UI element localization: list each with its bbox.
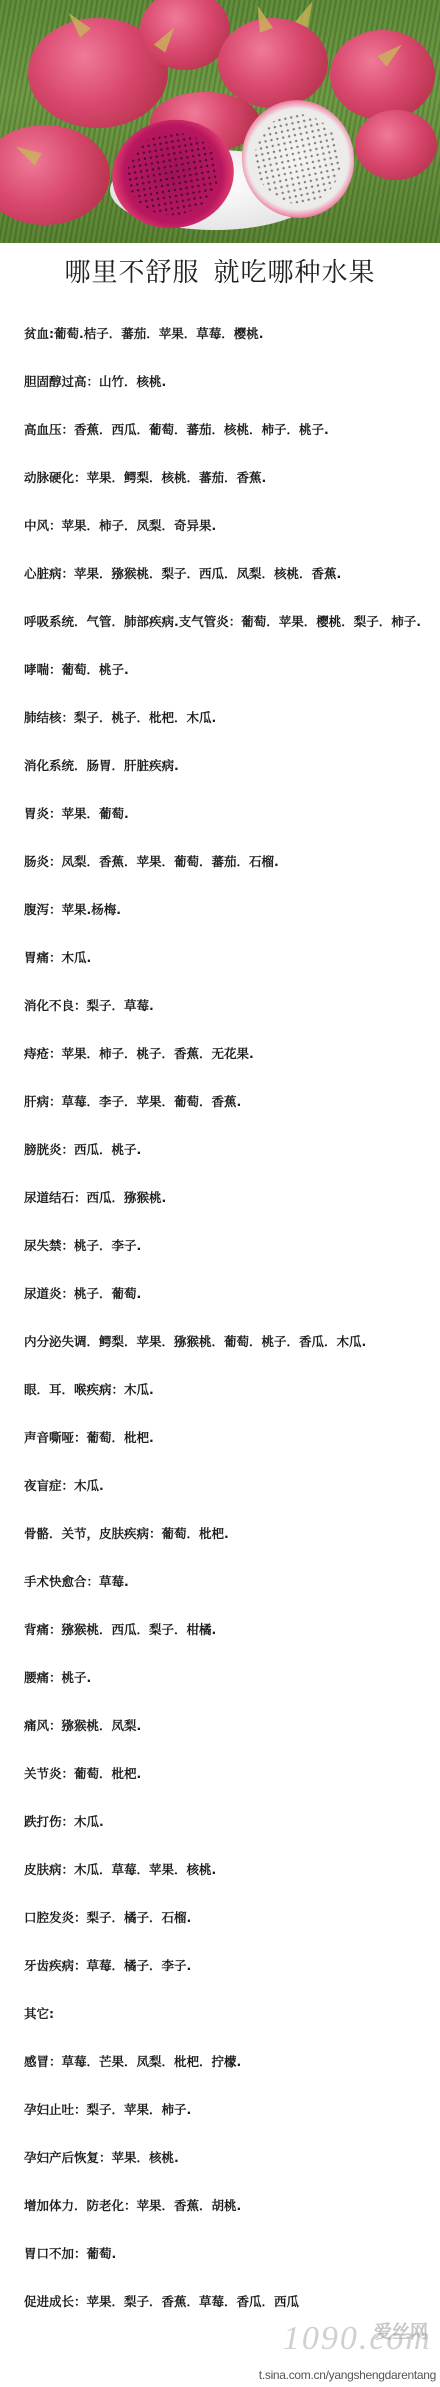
list-item: 关节炎：葡萄．枇杷. <box>24 1762 424 1786</box>
list-item: 痔疮：苹果．柿子．桃子．香蕉．无花果. <box>24 1042 424 1066</box>
list-item: 心脏病：苹果．猕猴桃．梨子．西瓜．凤梨．核桃．香蕉. <box>24 562 424 586</box>
list-item: 肠炎：凤梨．香蕉．苹果．葡萄．蕃茄．石榴. <box>24 850 424 874</box>
dragon-fruit <box>218 18 328 108</box>
list-item: 膀胱炎：西瓜．桃子. <box>24 1138 424 1162</box>
list-item: 痛风：猕猴桃．凤梨. <box>24 1714 424 1738</box>
list-item: 皮肤病：木瓜．草莓．苹果．核桃. <box>24 1858 424 1882</box>
title-part-2: 就吃哪种水果 <box>214 258 376 288</box>
list-item: 夜盲症：木瓜. <box>24 1474 424 1498</box>
watermark-brand: 爱丝网 <box>374 2318 428 2344</box>
list-item: 跌打伤：木瓜. <box>24 1810 424 1834</box>
list-item: 口腔发炎：梨子．橘子．石榴. <box>24 1906 424 1930</box>
list-item: 背痛：猕猴桃．西瓜．梨子．柑橘. <box>24 1618 424 1642</box>
list-item: 肝病：草莓．李子．苹果．葡萄．香蕉. <box>24 1090 424 1114</box>
list-item: 声音嘶哑：葡萄．枇杷. <box>24 1426 424 1450</box>
list-item: 肺结核：梨子．桃子．枇杷．木瓜. <box>24 706 424 730</box>
list-item: 尿道结石：西瓜．猕猴桃. <box>24 1186 424 1210</box>
list-item: 眼．耳．喉疾病：木瓜. <box>24 1378 424 1402</box>
list-item: 呼吸系统．气管．肺部疾病.支气管炎：葡萄．苹果．樱桃．梨子．柿子. <box>24 610 424 634</box>
list-item: 尿道炎：桃子．葡萄. <box>24 1282 424 1306</box>
list-item: 增加体力．防老化：苹果．香蕉．胡桃. <box>24 2194 424 2218</box>
remedy-list: 贫血:葡萄.桔子．蕃茄．苹果．草莓．樱桃. 胆固醇过高：山竹．核桃. 高血压：香… <box>24 322 424 2338</box>
page-title: 哪里不舒服就吃哪种水果 <box>0 252 440 289</box>
list-item: 消化不良：梨子．草莓. <box>24 994 424 1018</box>
dragon-fruit <box>330 30 435 120</box>
list-item: 感冒：草莓．芒果．凤梨．枇杷．拧檬. <box>24 2050 424 2074</box>
dragon-fruit-photo <box>0 0 440 243</box>
list-item: 中风：苹果．柿子．凤梨．奇异果. <box>24 514 424 538</box>
list-item: 牙齿疾病：草莓．橘子．李子. <box>24 1954 424 1978</box>
section-heading-other: 其它: <box>24 2002 424 2026</box>
list-item: 内分泌失调．鳄梨．苹果．猕猴桃．葡萄．桃子．香瓜．木瓜. <box>24 1330 424 1354</box>
list-item: 胃痛：木瓜. <box>24 946 424 970</box>
list-item: 手术快愈合：草莓. <box>24 1570 424 1594</box>
list-item: 尿失禁：桃子．李子. <box>24 1234 424 1258</box>
list-item: 骨骼．关节，皮肤疾病：葡萄．枇杷. <box>24 1522 424 1546</box>
list-item: 胃口不加：葡萄. <box>24 2242 424 2266</box>
list-item: 腰痛：桃子. <box>24 1666 424 1690</box>
list-item: 高血压：香蕉．西瓜．葡萄．蕃茄．核桃．柿子．桃子. <box>24 418 424 442</box>
watermark-url: t.sina.com.cn/yangshengdarentang <box>259 2368 436 2382</box>
list-item: 腹泻：苹果.杨梅. <box>24 898 424 922</box>
dragon-fruit <box>355 110 437 180</box>
list-item: 孕妇止吐：梨子．苹果．柿子. <box>24 2098 424 2122</box>
list-item: 胆固醇过高：山竹．核桃. <box>24 370 424 394</box>
list-item: 孕妇产后恢复：苹果．核桃. <box>24 2146 424 2170</box>
list-item: 哮喘：葡萄．桃子. <box>24 658 424 682</box>
list-item: 促进成长：苹果．梨子．香蕉．草莓．香瓜．西瓜 <box>24 2290 424 2314</box>
title-part-1: 哪里不舒服 <box>64 258 199 288</box>
list-item: 消化系统．肠胃．肝脏疾病. <box>24 754 424 778</box>
list-item: 动脉硬化：苹果．鳄梨．核桃．蕃茄．香蕉. <box>24 466 424 490</box>
list-item: 贫血:葡萄.桔子．蕃茄．苹果．草莓．樱桃. <box>24 322 424 346</box>
list-item: 胃炎：苹果．葡萄. <box>24 802 424 826</box>
